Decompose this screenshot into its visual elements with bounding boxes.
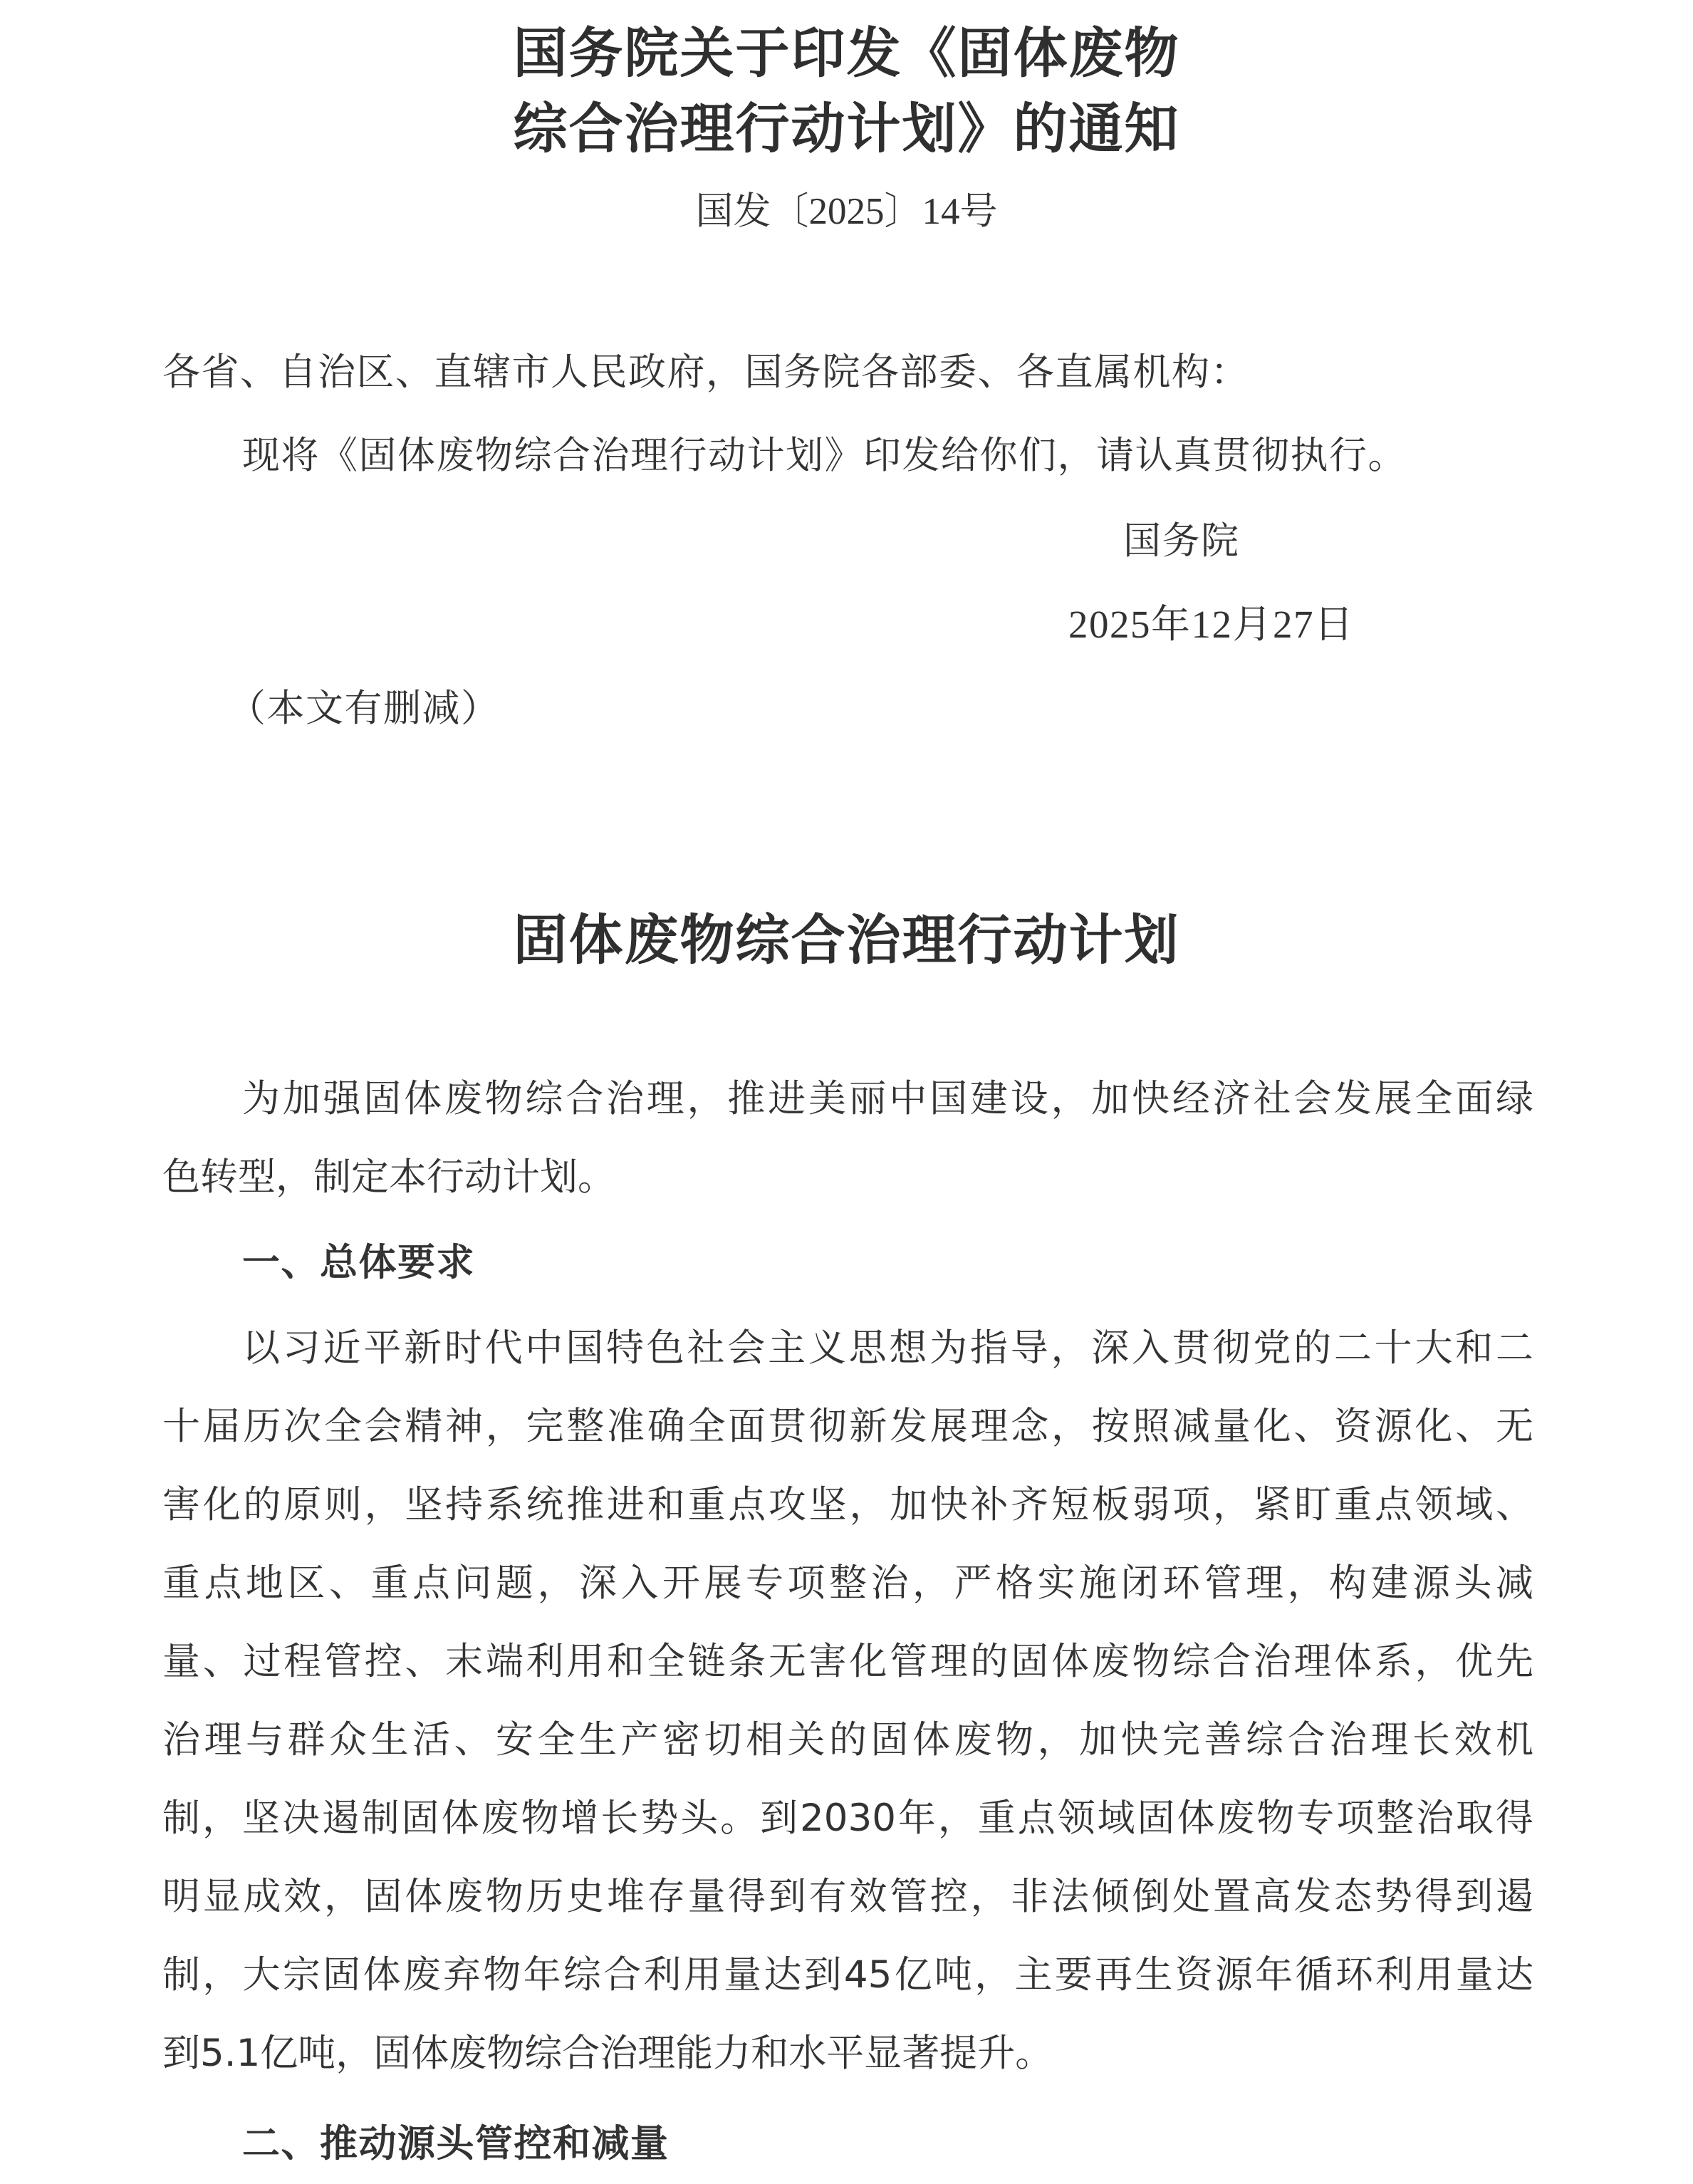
section-1-line: 制，大宗固体废弃物年综合利用量达到45亿吨，主要再生资源年循环利用量达 — [162, 1936, 1533, 2014]
section-1-line: 害化的原则，坚持系统推进和重点攻坚，加快补齐短板弱项，紧盯重点领域、 — [162, 1466, 1533, 1544]
notice-title-line-2: 综合治理行动计划》的通知 — [0, 91, 1693, 166]
addressee: 各省、自治区、直辖市人民政府，国务院各部委、各直属机构： — [162, 333, 1249, 412]
issue-date: 2025年12月27日 — [1068, 586, 1355, 664]
signature: 国务院 — [1123, 502, 1240, 581]
section-1-line: 量、过程管控、末端利用和全链条无害化管理的固体废物综合治理体系，优先 — [162, 1623, 1533, 1701]
section-1-line: 明显成效，固体废物历史堆存量得到有效管控，非法倾倒处置高发态势得到遏 — [162, 1858, 1533, 1936]
section-1-line: 制，坚决遏制固体废物增长势头。到2030年，重点领域固体废物专项整治取得 — [162, 1779, 1533, 1858]
notice-title-line-1: 国务院关于印发《固体废物 — [0, 16, 1693, 90]
section-heading-2: 二、推动源头管控和减量 — [242, 2105, 670, 2183]
plan-title: 固体废物综合治理行动计划 — [0, 903, 1693, 977]
section-1-line: 重点地区、重点问题，深入开展专项整治，严格实施闭环管理，构建源头减 — [162, 1544, 1533, 1623]
section-1-line: 十届历次全会精神，完整准确全面贯彻新发展理念，按照减量化、资源化、无 — [162, 1388, 1533, 1466]
document-number: 国发〔2025〕14号 — [0, 180, 1693, 244]
section-1-line: 以习近平新时代中国特色社会主义思想为指导，深入贯彻党的二十大和二 — [242, 1309, 1533, 1388]
section-1-line: 治理与群众生活、安全生产密切相关的固体废物，加快完善综合治理长效机 — [162, 1701, 1533, 1779]
section-1-line: 到5.1亿吨，固体废物综合治理能力和水平显著提升。 — [162, 2014, 1533, 2093]
section-heading-1: 一、总体要求 — [242, 1224, 475, 1302]
notice-body: 现将《固体废物综合治理行动计划》印发给你们，请认真贯彻执行。 — [242, 417, 1407, 495]
intro-line: 色转型，制定本行动计划。 — [162, 1138, 1533, 1217]
intro-line: 为加强固体废物综合治理，推进美丽中国建设，加快经济社会发展全面绿 — [242, 1060, 1533, 1138]
abridged-note: （本文有删减） — [228, 670, 500, 748]
